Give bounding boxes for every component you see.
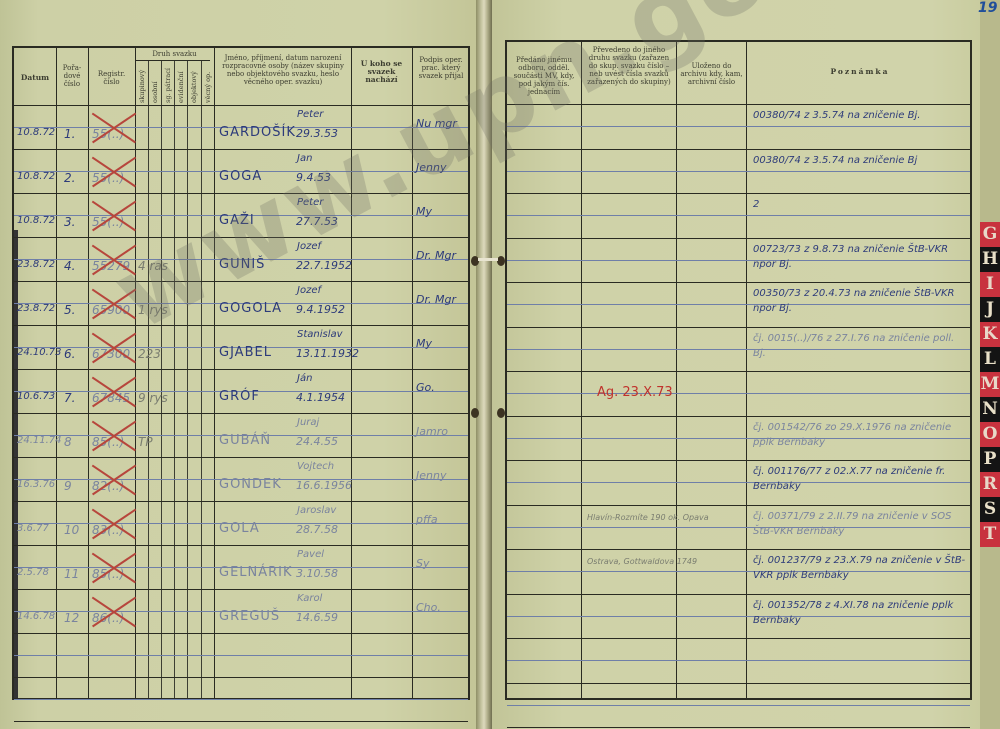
cell-druh: 223 — [138, 347, 161, 361]
cell-poradove-cislo: 11 — [64, 567, 79, 581]
cell-datum: 14.6.78 — [17, 611, 55, 622]
index-tab-o[interactable]: O — [980, 422, 1000, 447]
cell-poznamka: 00350/73 z 20.4.73 na zničenie ŠtB-VKR n… — [753, 286, 968, 316]
cell-predano: Hlavín-Rozmíte 190 ok. Opava — [587, 513, 737, 522]
index-tab-k[interactable]: K — [980, 322, 1000, 347]
header-objektovy: objektový — [190, 71, 198, 103]
cell-podpis: Jenny — [416, 161, 446, 174]
cell-surname: GELNÁRIK — [219, 565, 293, 580]
cell-datum: 10.8.72 — [17, 127, 55, 138]
cell-firstname: Vojtech — [297, 461, 334, 472]
header-ulozeno: Uloženo do archivu kdy, kam, archivní čí… — [679, 62, 744, 86]
index-tab-t[interactable]: T — [980, 522, 1000, 547]
index-tab-m[interactable]: M — [980, 372, 1000, 397]
cell-poznamka: čj. 001237/79 z 23.X.79 na zničenie v Št… — [753, 553, 968, 583]
cell-surname: GAŽI — [219, 213, 255, 228]
cell-datum: 10.8.72 — [17, 215, 55, 226]
cell-poradove-cislo: 5. — [64, 303, 75, 317]
crossed-out-mark — [90, 551, 136, 585]
index-tab-s[interactable]: S — [980, 497, 1000, 522]
cell-firstname: Pavel — [297, 549, 324, 560]
cell-born: 22.7.1952 — [296, 259, 352, 272]
cell-firstname: Jaroslav — [297, 505, 336, 516]
cell-datum: 2.5.78 — [17, 567, 49, 578]
cell-poznamka: čj. 001176/77 z 02.X.77 na zničenie fr. … — [753, 464, 968, 494]
crossed-out-mark — [90, 419, 136, 453]
cell-datum: 23.8.72 — [17, 303, 55, 314]
cell-podpis: My — [416, 337, 432, 350]
cell-datum: 24.10.73 — [17, 347, 62, 358]
cell-surname: GREGUŠ — [219, 609, 280, 624]
index-tab-g[interactable]: G — [980, 222, 1000, 247]
cell-firstname: Jan — [297, 153, 312, 164]
cell-born: 29.3.53 — [296, 127, 338, 140]
cell-poradove-cislo: 1. — [64, 127, 75, 141]
alphabet-index-tabs: GHIJKLMNOPRST — [980, 222, 1000, 547]
cell-surname: GUBÁŇ — [219, 433, 271, 448]
register-table-left: Datum Pořa- dové číslo Registr. číslo Dr… — [12, 46, 470, 700]
cell-poznamka: 2 — [753, 197, 968, 212]
cell-born: 13.11.1932 — [296, 347, 359, 360]
cell-datum: 24.11.74 — [17, 435, 62, 446]
cell-poradove-cislo: 9 — [64, 479, 72, 493]
cell-firstname: Jozef — [297, 241, 321, 252]
header-sg-patraci: sg. pátrací — [164, 68, 172, 103]
cell-poradove-cislo: 12 — [64, 611, 79, 625]
index-tab-n[interactable]: N — [980, 397, 1000, 422]
cell-poznamka: čj. 001542/76 zo 29.X.1976 na zničenie p… — [753, 420, 968, 450]
cell-poznamka: čj. 001352/78 z 4.XI.78 na zničenie pplk… — [753, 598, 968, 628]
crossed-out-mark — [90, 375, 136, 409]
header-u-koho: U koho se svazek nachází — [351, 60, 412, 84]
index-tab-r[interactable]: R — [980, 472, 1000, 497]
crossed-out-mark — [90, 199, 136, 233]
cell-born: 9.4.1952 — [296, 303, 345, 316]
page-number: 19 — [978, 0, 997, 16]
cell-prevedeno: Ag. 23.X.73 — [597, 385, 673, 400]
book-spine — [476, 0, 492, 729]
index-tab-j[interactable]: J — [980, 297, 1000, 322]
index-tab-h[interactable]: H — [980, 247, 1000, 272]
cell-predano: Ostrava, Gottwaldova 1749 — [587, 557, 737, 566]
cell-born: 4.1.1954 — [296, 391, 345, 404]
cell-podpis: Dr. Mgr — [416, 249, 456, 262]
cell-podpis: Nu mgr — [416, 117, 457, 130]
cell-born: 9.4.53 — [296, 171, 331, 184]
cell-datum: 23.8.72 — [17, 259, 55, 270]
cell-surname: GRÓF — [219, 389, 260, 404]
cell-podpis: pffa — [416, 513, 438, 526]
crossed-out-mark — [90, 595, 136, 629]
cell-surname: GONDEK — [219, 477, 282, 492]
cell-surname: GOLA — [219, 521, 260, 536]
cell-datum: 10.8.72 — [17, 171, 55, 182]
cell-podpis: Dr. Mgr — [416, 293, 456, 306]
binding-thread — [478, 258, 498, 261]
cell-podpis: Cho. — [416, 601, 441, 614]
crossed-out-mark — [90, 507, 136, 541]
cell-poradove-cislo: 7. — [64, 391, 75, 405]
cell-poznamka: čj. 00371/79 z 2.II.79 na zničenie v SOS… — [753, 509, 968, 539]
cell-podpis: Jenny — [416, 469, 446, 482]
header-poradove-cislo: Pořa- dové číslo — [56, 64, 88, 88]
cell-datum: 10.6.73 — [17, 391, 55, 402]
cell-born: 14.6.59 — [296, 611, 338, 624]
cell-datum: 3.6.77 — [17, 523, 49, 534]
header-registr-cislo: Registr. číslo — [88, 70, 135, 86]
cell-firstname: Juraj — [297, 417, 319, 428]
header-poznamka: Poznámka — [746, 68, 974, 76]
cell-born: 27.7.53 — [296, 215, 338, 228]
header-skupinovy: skupinový — [138, 70, 146, 103]
cell-surname: GARDOŠÍK — [219, 125, 296, 140]
cell-poradove-cislo: 2. — [64, 171, 75, 185]
cell-born: 24.4.55 — [296, 435, 338, 448]
binding-hole — [497, 256, 505, 266]
header-evidencni: evidenční — [177, 71, 185, 103]
cell-poznamka: čj. 0015(..)/76 z 27.I.76 na zničenie po… — [753, 331, 968, 361]
cell-druh: TP — [138, 435, 153, 449]
cell-firstname: Karol — [297, 593, 322, 604]
header-datum: Datum — [14, 74, 56, 82]
cell-firstname: Peter — [297, 197, 323, 208]
crossed-out-mark — [90, 463, 136, 497]
header-vecny-op: věcný op. — [204, 72, 212, 103]
cell-firstname: Ján — [297, 373, 312, 384]
cell-born: 28.7.58 — [296, 523, 338, 536]
cell-poradove-cislo: 6. — [64, 347, 75, 361]
cell-podpis: My — [416, 205, 432, 218]
header-druh-svazku: Druh svazku — [135, 50, 214, 58]
cell-poznamka: 00380/74 z 3.5.74 na zničenie Bj. — [753, 108, 968, 123]
cell-druh: 9 rys — [138, 391, 168, 405]
index-tab-i[interactable]: I — [980, 272, 1000, 297]
crossed-out-mark — [90, 111, 136, 145]
cell-podpis: Jamro — [416, 425, 448, 438]
crossed-out-mark — [90, 155, 136, 189]
crossed-out-mark — [90, 331, 136, 365]
cell-firstname: Jozef — [297, 285, 321, 296]
cell-poradove-cislo: 4. — [64, 259, 75, 273]
cell-firstname: Peter — [297, 109, 323, 120]
cell-born: 16.6.1956 — [296, 479, 352, 492]
cell-podpis: Sy — [416, 557, 430, 570]
cell-druh: 4 ras — [138, 259, 168, 273]
cell-poradove-cislo: 3. — [64, 215, 75, 229]
index-tab-l[interactable]: L — [980, 347, 1000, 372]
header-jmeno: Jméno, příjmení, datum narození rozpraco… — [219, 54, 347, 86]
cell-poznamka: 00380/74 z 3.5.74 na zničenie Bj — [753, 153, 968, 168]
binding-hole — [471, 408, 479, 418]
index-tab-p[interactable]: P — [980, 447, 1000, 472]
header-predano: Předáno jinému odboru, odděl. součásti M… — [509, 56, 579, 96]
cell-born: 3.10.58 — [296, 567, 338, 580]
cell-poradove-cislo: 8 — [64, 435, 72, 449]
binding-hole — [497, 408, 505, 418]
cell-podpis: Go. — [416, 381, 435, 394]
cell-poradove-cislo: 10 — [64, 523, 79, 537]
cell-surname: GUNIŠ — [219, 257, 265, 272]
cell-firstname: Stanislav — [297, 329, 343, 340]
cell-datum: 16.3.76 — [17, 479, 55, 490]
header-osobni: osobní — [151, 81, 159, 103]
crossed-out-mark — [90, 287, 136, 321]
register-table-right: Předáno jinému odboru, odděl. součásti M… — [505, 40, 972, 700]
header-podpis: Podpis oper. prac. který svazek přijal — [412, 56, 470, 80]
crossed-out-mark — [90, 243, 136, 277]
cell-poznamka: 00723/73 z 9.8.73 na zničenie ŠtB-VKR np… — [753, 242, 968, 272]
cell-druh: 1 rys — [138, 303, 168, 317]
header-prevedeno: Převedeno do jiného druhu svazku (zařaze… — [584, 46, 674, 86]
cell-surname: GOGOLA — [219, 301, 282, 316]
cell-surname: GOGA — [219, 169, 262, 184]
cell-surname: GJABEL — [219, 345, 272, 360]
